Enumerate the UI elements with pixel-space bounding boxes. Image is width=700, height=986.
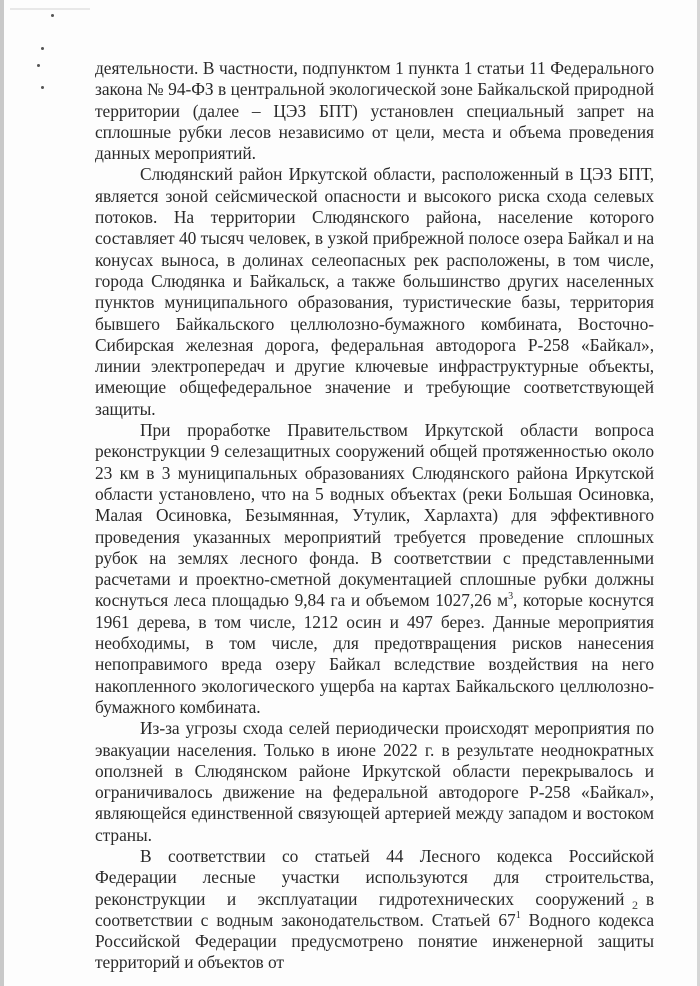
page-number: 2 bbox=[632, 898, 638, 913]
superscript-cubic: 3 bbox=[508, 591, 513, 602]
scan-speck bbox=[41, 86, 44, 89]
scan-left-edge bbox=[0, 0, 4, 986]
paragraph-3: При проработке Правительством Иркутской … bbox=[95, 420, 654, 718]
paragraph-5: В соответствии со статьей 44 Лесного код… bbox=[95, 846, 654, 974]
scan-speck bbox=[37, 64, 40, 67]
scan-speck bbox=[41, 47, 44, 50]
paragraph-2: Слюдянский район Иркутской области, расп… bbox=[95, 164, 654, 420]
scan-speck bbox=[51, 14, 54, 17]
superscript-article: 1 bbox=[516, 910, 521, 921]
paragraph-3-part-1: При проработке Правительством Иркутской … bbox=[95, 420, 654, 610]
document-body: деятельности. В частности, подпунктом 1 … bbox=[95, 58, 654, 974]
paragraph-1: деятельности. В частности, подпунктом 1 … bbox=[95, 58, 654, 164]
paragraph-4: Из-за угрозы схода селей периодически пр… bbox=[95, 718, 654, 846]
scan-artifact bbox=[10, 8, 90, 10]
